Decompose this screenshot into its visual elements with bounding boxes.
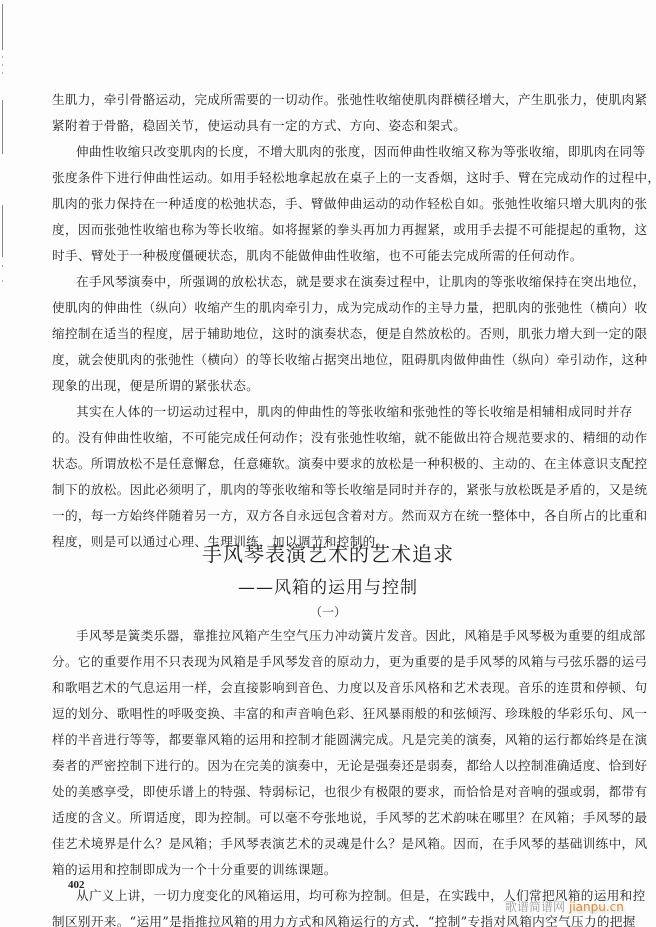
binding-edge-mark [2,72,3,74]
text-line: 状态。所谓放松不是任意懈怠，任意瘫软。演奏中要求的放松是一种积极的、主动的、在主… [52,452,647,476]
page-number: 402 [68,879,85,891]
watermark: 歌谱简谱网jianpu.cn [505,898,624,915]
binding-edge-line [2,205,3,257]
text-line: 在手风琴演奏中，所强调的放松状态，就是要求在演奏过程中，让肌肉的等张收缩保持在突… [76,270,646,294]
text-line: 手风琴是簧类乐器，靠推拉风箱产生空气压力冲动簧片发音。因此，风箱是手风琴极为重要… [76,624,646,648]
text-line: 处的美感享受，即使乐谱上的特强、特弱标记，也很少有极限的要求，而恰恰是对音响的强… [52,780,647,804]
article-subtitle: ——风箱的运用与控制 [0,573,656,598]
text-line: 逗的划分、歌唱性的呼吸变换、丰富的和声音响色彩、狂风暴雨般的和弦倾泻、珍珠般的华… [52,702,647,726]
text-line: 生肌力，牵引骨骼运动，完成所需要的一切动作。张弛性收缩使肌肉群横径增大，产生肌张… [52,88,647,112]
text-line: 伸曲性收缩只改变肌肉的长度，不增大肌肉的张度，因而伸曲性收缩又称为等张收缩，即肌… [76,140,646,164]
text-line: 佳艺术境界是什么？是风箱；手风琴表演艺术的灵魂是什么？是风箱。因而，在手风琴的基… [52,832,647,856]
text-line: 张度条件下进行伸曲性运动。如用手轻松地拿起放在桌子上的一支香烟，这时手、臂在完成… [52,166,656,190]
article-title: 手风琴表演艺术的艺术追求 [0,538,656,567]
text-line: 和歌唱艺术的气息运用一样，会直接影响到音色、力度以及音乐风格和艺术表现。音乐的连… [52,676,647,700]
text-line: 一的，每一方始终伴随着另一方，双方各自永远包含着对方。然而双方在统一整体中，各自… [52,504,647,528]
watermark-site-name: 歌谱简谱网 [505,900,565,914]
text-line: 箱的运用和控制即成为一个十分重要的训练课题。 [52,858,337,882]
binding-edge-mark [2,64,3,66]
text-line: 紧附着于骨骼，稳固关节，使运动具有一定的方式、方向、姿态和架式。 [52,114,466,138]
binding-edge-mark [2,265,3,267]
watermark-domain: jianpu.cn [569,900,624,914]
text-line: 分。它的重要作用不只表现为风箱是手风琴发音的原动力，更为重要的是手风琴的风箱与弓… [52,650,647,674]
text-line: 制下的放松。因此必须明了，肌肉的等张收缩和等长收缩是同时并存的，紧张与放松既是矛… [52,478,647,502]
text-line: 奏者的严密控制下进行的。因为在完美的演奏中，无论是强奏还是弱奏，都给人以控制准确… [52,754,647,778]
binding-edge-line [2,100,3,154]
text-line: 度，就会使肌肉的张弛性（横向）的等长收缩占据突出地位，阻碍肌肉做伸曲性（纵向）牵… [52,348,647,372]
text-line: 缩控制在适当的程度，居于辅助地位，这时的演奏状态，便是自然放松的。否则，肌张力增… [52,322,647,346]
text-line: 肌肉的张力保持在一种适度的松弛状态，手、臂做伸曲运动的动作轻松自如。张弛性收缩只… [52,192,647,216]
text-line: 的。没有伸曲性收缩，不可能完成任何动作；没有张弛性收缩，就不能做出符合规范要求的… [52,426,647,450]
binding-edge-mark [2,56,3,58]
text-line: 样的半音进行等等，都要靠风箱的运用和控制才能圆满完成。凡是完美的演奏，风箱的运行… [52,728,647,752]
text-line: 现象的出现，便是所谓的紧张状态。 [52,374,259,398]
binding-edge-mark [2,280,3,282]
book-page: 生肌力，牵引骨骼运动，完成所需要的一切动作。张弛性收缩使肌肉群横径增大，产生肌张… [0,0,656,927]
text-line: 其实在人体的一切运动过程中，肌肉的伸曲性的等张收缩和张弛性的等长收缩是相辅相成同… [76,400,633,424]
section-number: （一） [0,603,656,620]
text-line: 度，因而张弛性收缩也称为等长收缩。如将握紧的拳头再加力再握紧，或用手去提不可能提… [52,218,647,242]
text-line: 时手、臂处于一种极度僵硬状态，肌肉不能做伸曲性收缩，也不可能去完成所需的任何动作… [52,244,583,268]
binding-edge-line [2,4,3,50]
text-line: 使肌肉的伸曲性（纵向）收缩产生的肌肉牵引力，成为完成动作的主导力量，把肌肉的张弛… [52,296,647,320]
text-line: 适度的含义。所谓适度，即为控制。可以毫不夸张地说，手风琴的艺术韵味在哪里？在风箱… [52,806,647,830]
